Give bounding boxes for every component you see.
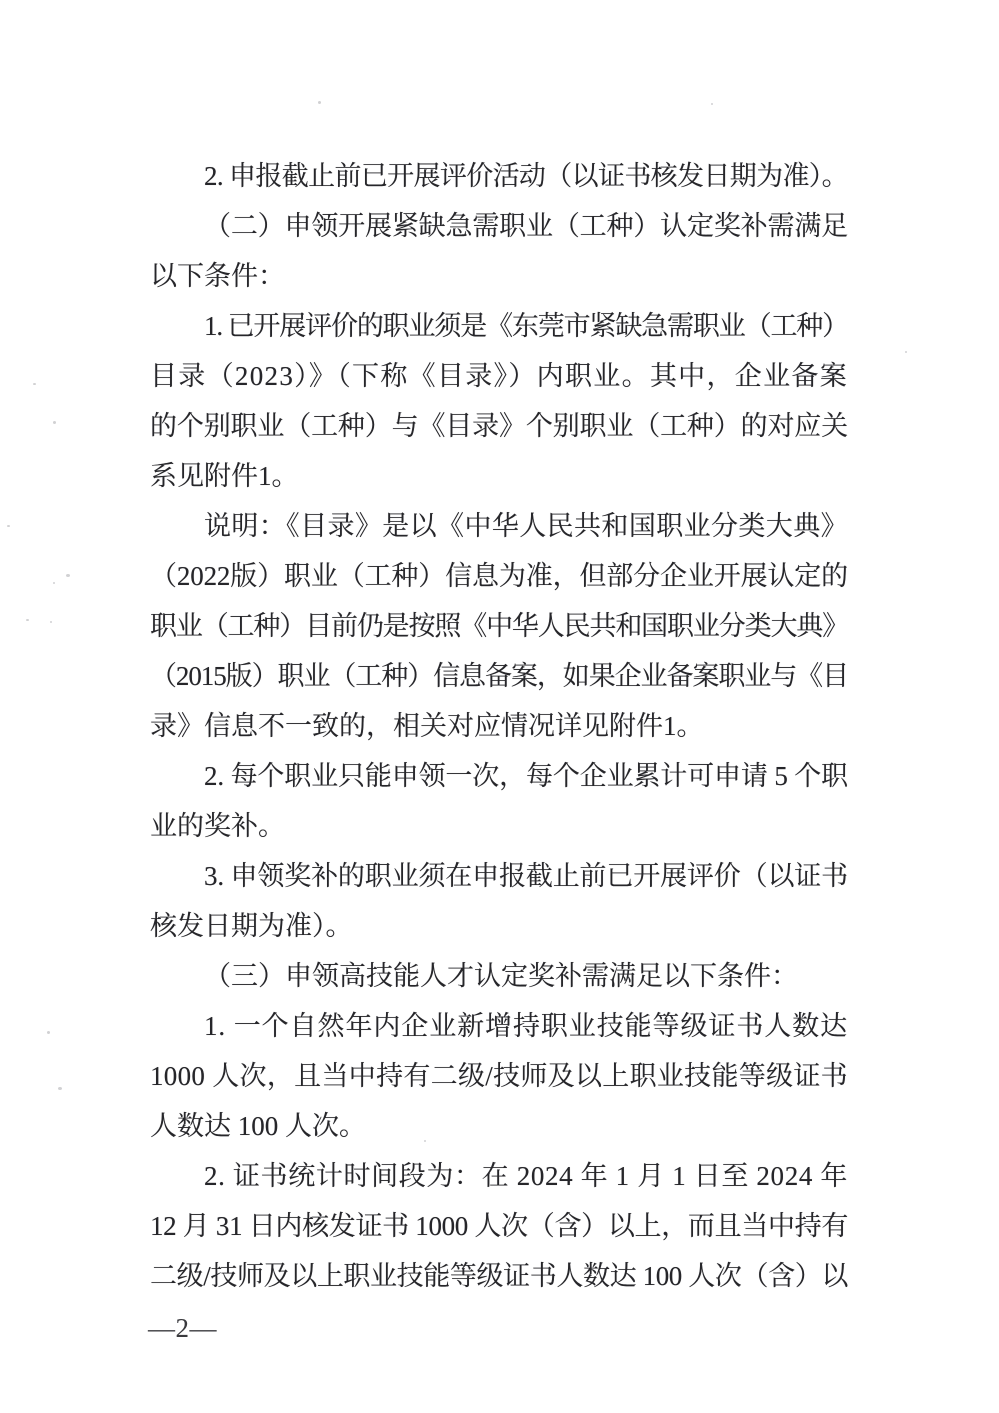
text-line-text: 3. 申领奖补的职业须在申报截止前已开展评价（以证书 [204,861,848,891]
scan-speck [58,1087,62,1090]
text-line-text: 人数达 100 人次。 [150,1111,366,1141]
text-line-text: 1. 已开展评价的职业须是《东莞市紧缺急需职业（工种） [204,311,848,341]
scan-speck [424,1140,426,1142]
scan-speck [53,582,55,584]
scan-speck [318,101,321,104]
scan-speck [711,103,713,105]
text-line: 人数达 100 人次。 [150,1101,848,1151]
text-line-text: （2022版）职业（工种）信息为准，但部分企业开展认定的 [150,561,848,591]
text-line: 1. 一个自然年内企业新增持职业技能等级证书人数达 [150,1001,848,1051]
text-line: 1. 已开展评价的职业须是《东莞市紧缺急需职业（工种） [150,301,848,351]
scan-speck [53,421,56,424]
text-line: 1000 人次，且当中持有二级/技师及以上职业技能等级证书 [150,1051,848,1101]
text-line-text: 2. 每个职业只能申领一次，每个企业累计可申请 5 个职 [204,761,848,791]
scan-speck [50,621,52,623]
text-line: （二）申领开展紧缺急需职业（工种）认定奖补需满足 [150,201,848,251]
text-line: 2. 每个职业只能申领一次，每个企业累计可申请 5 个职 [150,751,848,801]
text-line-text: 2. 申报截止前已开展评价活动（以证书核发日期为准）。 [204,161,848,191]
text-line: 业的奖补。 [150,801,848,851]
text-line-text: 目录（2023）》（下称《目录》）内职业。其中，企业备案 [150,361,848,391]
text-line: 二级/技师及以上职业技能等级证书人数达 100 人次（含）以 [150,1251,848,1301]
text-line: 录》信息不一致的，相关对应情况详见附件1。 [150,701,848,751]
text-line: （2022版）职业（工种）信息为准，但部分企业开展认定的 [150,551,848,601]
scan-speck [7,525,10,527]
text-line-text: 二级/技师及以上职业技能等级证书人数达 100 人次（含）以 [150,1261,848,1291]
text-line: 系见附件1。 [150,451,848,501]
text-line: 以下条件： [150,251,848,301]
text-line-text: （二）申领开展紧缺急需职业（工种）认定奖补需满足 [204,211,848,241]
text-line: （三）申领高技能人才认定奖补需满足以下条件： [150,951,848,1001]
text-line: 2. 证书统计时间段为：在 2024 年 1 月 1 日至 2024 年 [150,1151,848,1201]
document-page: 2. 申报截止前已开展评价活动（以证书核发日期为准）。 （二）申领开展紧缺急需职… [0,0,999,1413]
scan-speck [905,351,907,353]
text-line-text: （三）申领高技能人才认定奖补需满足以下条件： [204,961,798,991]
text-line-text: 1. 一个自然年内企业新增持职业技能等级证书人数达 [204,1011,848,1041]
scan-speck [66,574,70,577]
text-line: 的个别职业（工种）与《目录》个别职业（工种）的对应关 [150,401,848,451]
text-line: 说明：《目录》是以《中华人民共和国职业分类大典》 [150,501,848,551]
page-number: —2— [148,1308,217,1348]
text-line: 职业（工种）目前仍是按照《中华人民共和国职业分类大典》 [150,601,848,651]
text-line: 2. 申报截止前已开展评价活动（以证书核发日期为准）。 [150,151,848,201]
text-line: （2015版）职业（工种）信息备案，如果企业备案职业与《目 [150,651,848,701]
text-line: 12 月 31 日内核发证书 1000 人次（含）以上，而且当中持有 [150,1201,848,1251]
text-line: 目录（2023）》（下称《目录》）内职业。其中，企业备案 [150,351,848,401]
text-line-text: 核发日期为准）。 [150,911,353,941]
text-line: 3. 申领奖补的职业须在申报截止前已开展评价（以证书 [150,851,848,901]
text-line-text: 业的奖补。 [150,811,285,841]
text-line-text: 录》信息不一致的，相关对应情况详见附件1。 [150,711,704,741]
text-line: 核发日期为准）。 [150,901,848,951]
text-line-text: 说明：《目录》是以《中华人民共和国职业分类大典》 [204,511,848,541]
scan-speck [26,619,29,621]
text-line-text: 的个别职业（工种）与《目录》个别职业（工种）的对应关 [150,411,848,441]
text-line-text: 以下条件： [150,261,285,291]
text-line-text: 12 月 31 日内核发证书 1000 人次（含）以上，而且当中持有 [150,1211,848,1241]
text-line-text: 系见附件1。 [150,461,299,491]
document-body: 2. 申报截止前已开展评价活动（以证书核发日期为准）。 （二）申领开展紧缺急需职… [150,151,848,1301]
text-line-text: 2. 证书统计时间段为：在 2024 年 1 月 1 日至 2024 年 [204,1161,848,1191]
scan-speck [47,1031,50,1034]
text-line-text: （2015版）职业（工种）信息备案，如果企业备案职业与《目 [150,661,848,691]
scan-speck [33,383,36,385]
text-line-text: 1000 人次，且当中持有二级/技师及以上职业技能等级证书 [150,1061,848,1091]
text-line-text: 职业（工种）目前仍是按照《中华人民共和国职业分类大典》 [150,611,848,641]
